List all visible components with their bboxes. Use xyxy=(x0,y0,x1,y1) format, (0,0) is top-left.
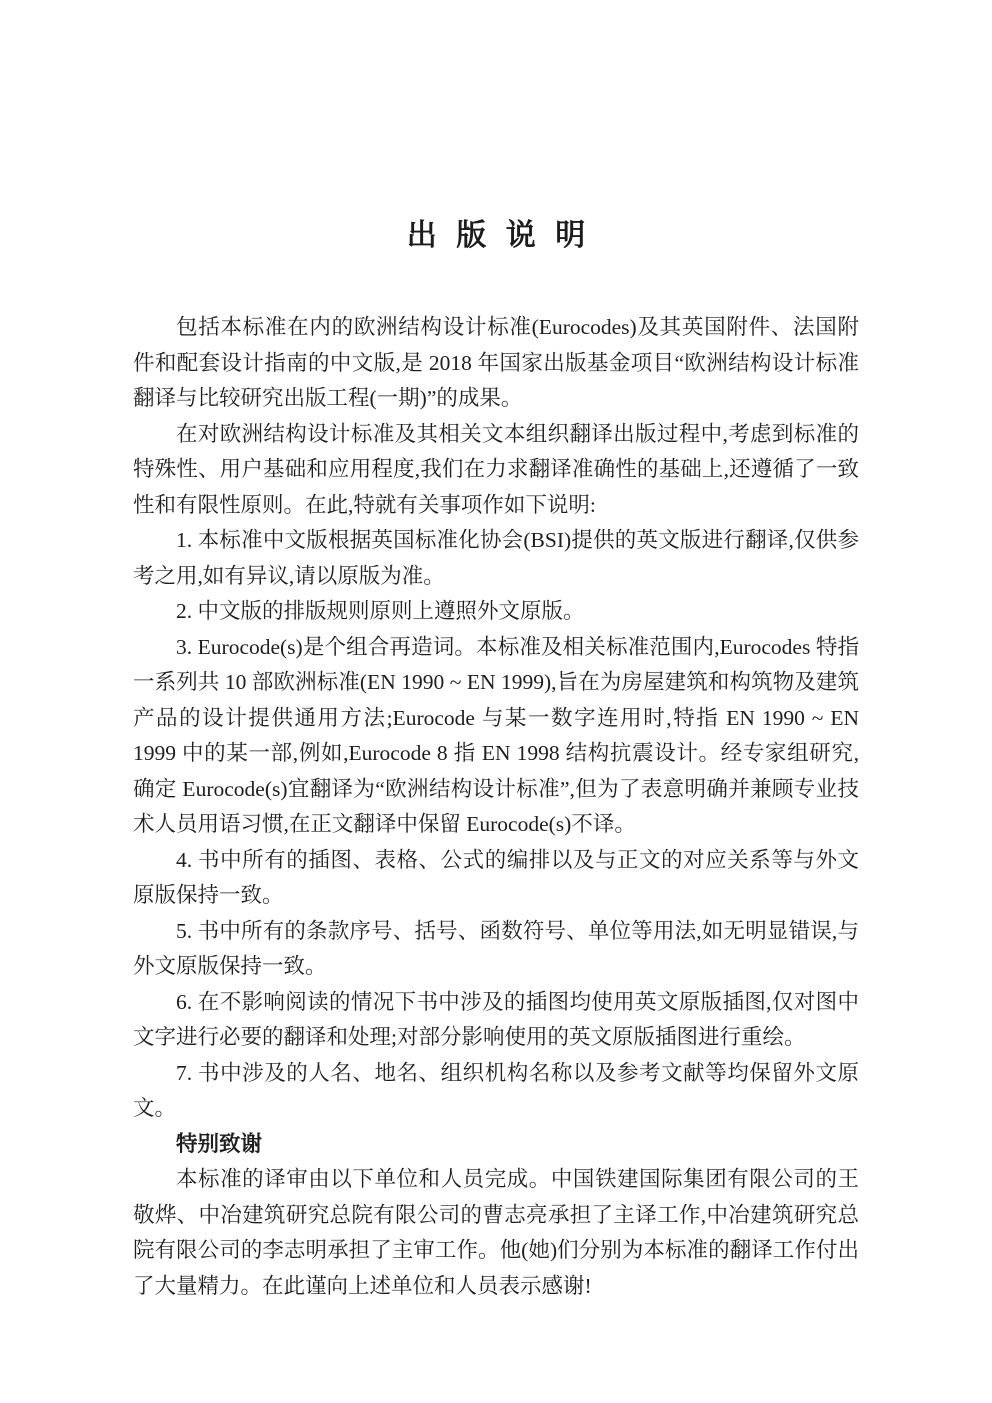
page-title: 出 版 说 明 xyxy=(0,210,992,254)
paragraph-item-3: 3. Eurocode(s)是个组合再造词。本标准及相关标准范围内,Euroco… xyxy=(133,630,859,843)
paragraph-item-2: 2. 中文版的排版规则原则上遵照外文原版。 xyxy=(133,594,859,630)
page-body: 包括本标准在内的欧洲结构设计标准(Eurocodes)及其英国附件、法国附件和配… xyxy=(133,310,859,1304)
paragraph-item-4: 4. 书中所有的插图、表格、公式的编排以及与正文的对应关系等与外文原版保持一致。 xyxy=(133,843,859,914)
paragraph-intro: 包括本标准在内的欧洲结构设计标准(Eurocodes)及其英国附件、法国附件和配… xyxy=(133,310,859,417)
acknowledgement-paragraph: 本标准的译审由以下单位和人员完成。中国铁建国际集团有限公司的王敬烨、中冶建筑研究… xyxy=(133,1162,859,1304)
paragraph-item-7: 7. 书中涉及的人名、地名、组织机构名称以及参考文献等均保留外文原文。 xyxy=(133,1056,859,1127)
paragraph-principles: 在对欧洲结构设计标准及其相关文本组织翻译出版过程中,考虑到标准的特殊性、用户基础… xyxy=(133,417,859,524)
acknowledgement-heading: 特别致谢 xyxy=(133,1127,859,1163)
paragraph-item-5: 5. 书中所有的条款序号、括号、函数符号、单位等用法,如无明显错误,与外文原版保… xyxy=(133,914,859,985)
paragraph-item-1: 1. 本标准中文版根据英国标准化协会(BSI)提供的英文版进行翻译,仅供参考之用… xyxy=(133,523,859,594)
paragraph-item-6: 6. 在不影响阅读的情况下书中涉及的插图均使用英文原版插图,仅对图中文字进行必要… xyxy=(133,985,859,1056)
book-page: 出 版 说 明 包括本标准在内的欧洲结构设计标准(Eurocodes)及其英国附… xyxy=(0,0,992,1403)
